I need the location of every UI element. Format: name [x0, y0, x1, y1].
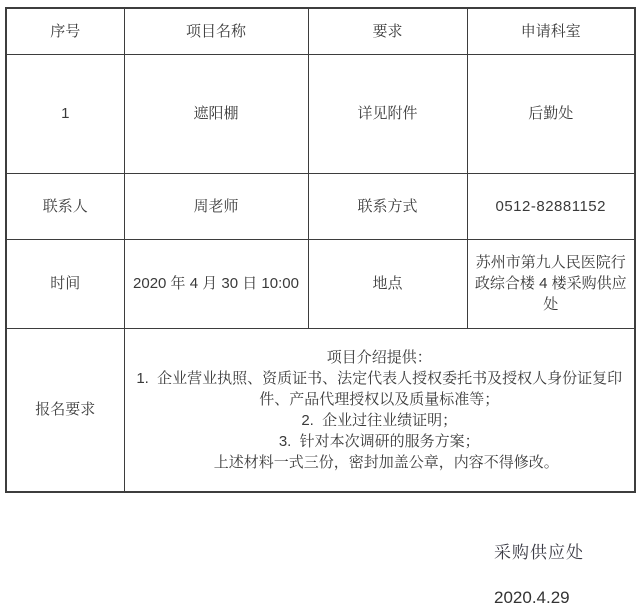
contact-method-label-cell: 联系方式	[308, 173, 467, 239]
procurement-notice-page: { "table": { "header": ["序号", "项目名称", "要…	[0, 0, 639, 610]
requirements-intro: 项目介绍提供：	[128, 347, 632, 368]
item-department-cell: 后勤处	[467, 54, 635, 173]
contact-label-cell: 联系人	[6, 173, 124, 239]
header-cell-no: 序号	[6, 8, 124, 54]
header-cell-project-name: 项目名称	[124, 8, 308, 54]
procurement-table: 序号 项目名称 要求 申请科室 1 遮阳棚 详见附件 后勤处 联系人 周老师 联…	[5, 7, 636, 493]
header-cell-department: 申请科室	[467, 8, 635, 54]
table-row-contact: 联系人 周老师 联系方式 0512-82881152	[6, 173, 635, 239]
signature-block: 采购供应处 2020.4.29	[494, 538, 634, 608]
time-value-cell: 2020 年 4 月 30 日 10:00	[124, 239, 308, 328]
signature-date: 2020.4.29	[494, 588, 634, 608]
contact-phone-cell: 0512-82881152	[467, 173, 635, 239]
notice-table-container: 序号 项目名称 要求 申请科室 1 遮阳棚 详见附件 后勤处 联系人 周老师 联…	[5, 7, 636, 493]
signature-department: 采购供应处	[494, 538, 634, 563]
requirements-item-1: 1. 企业营业执照、资质证书、法定代表人授权委托书及授权人身份证复印件、产品代理…	[128, 368, 632, 410]
time-label-cell: 时间	[6, 239, 124, 328]
item-no-cell: 1	[6, 54, 124, 173]
table-header-row: 序号 项目名称 要求 申请科室	[6, 8, 635, 54]
table-row-time: 时间 2020 年 4 月 30 日 10:00 地点 苏州市第九人民医院行政综…	[6, 239, 635, 328]
table-row-item: 1 遮阳棚 详见附件 后勤处	[6, 54, 635, 173]
item-requirement-cell: 详见附件	[308, 54, 467, 173]
requirements-item-2: 2. 企业过往业绩证明；	[128, 410, 632, 431]
requirements-content-cell: 项目介绍提供： 1. 企业营业执照、资质证书、法定代表人授权委托书及授权人身份证…	[124, 328, 635, 492]
requirements-label-cell: 报名要求	[6, 328, 124, 492]
table-row-requirements: 报名要求 项目介绍提供： 1. 企业营业执照、资质证书、法定代表人授权委托书及授…	[6, 328, 635, 492]
place-value-cell: 苏州市第九人民医院行政综合楼 4 楼采购供应处	[467, 239, 635, 328]
header-cell-requirement: 要求	[308, 8, 467, 54]
contact-value-cell: 周老师	[124, 173, 308, 239]
requirements-item-3: 3. 针对本次调研的服务方案；	[128, 431, 632, 452]
place-label-cell: 地点	[308, 239, 467, 328]
item-name-cell: 遮阳棚	[124, 54, 308, 173]
requirements-note: 上述材料一式三份，密封加盖公章，内容不得修改。	[128, 452, 632, 473]
